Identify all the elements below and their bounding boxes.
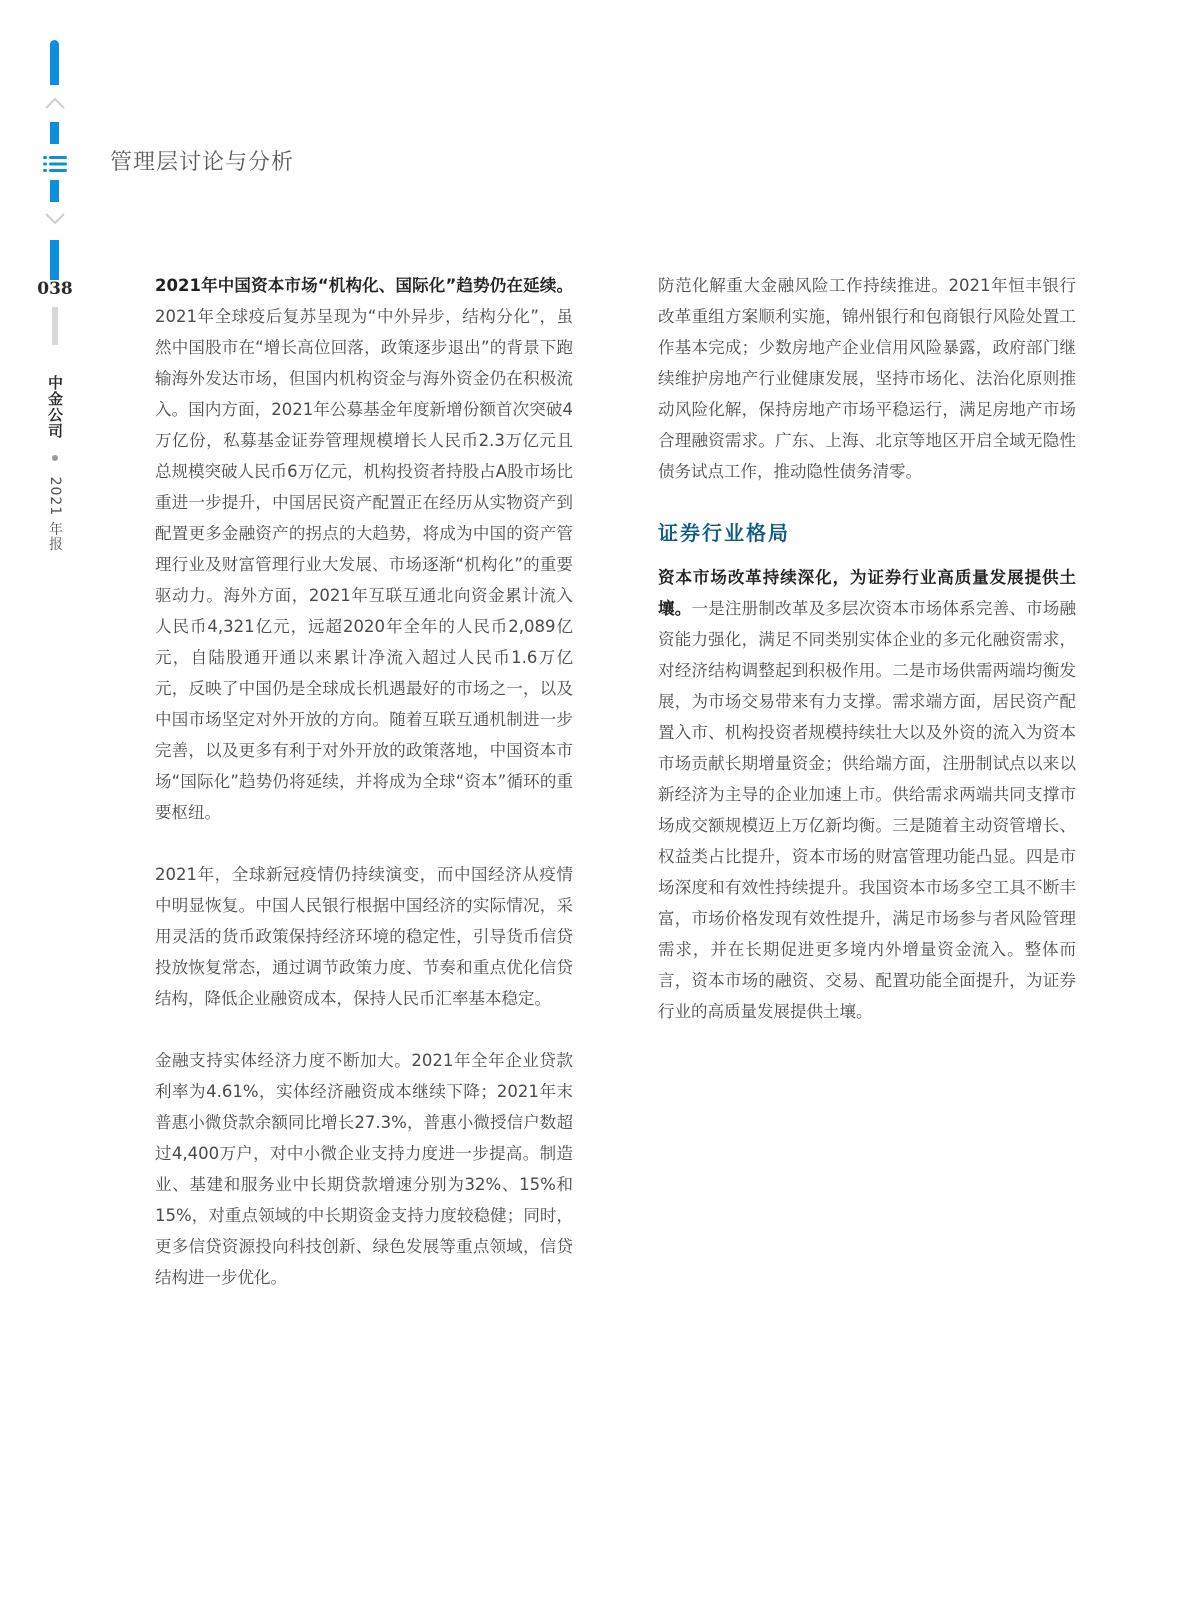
- paragraph: 防范化解重大金融风险工作持续推进。2021年恒丰银行改革重组方案顺利实施，锦州银…: [658, 270, 1076, 487]
- rail-bar-segment: [50, 40, 59, 85]
- separator-dot: [52, 455, 58, 461]
- section-title: 管理层讨论与分析: [110, 145, 294, 176]
- chevron-up-icon[interactable]: [44, 96, 66, 110]
- rail-bar-segment: [50, 240, 59, 280]
- page-number: 038: [30, 279, 80, 299]
- rail-bar-segment: [50, 122, 59, 144]
- paragraph: 资本市场改革持续深化，为证券行业高质量发展提供土壤。一是注册制改革及多层次资本市…: [658, 562, 1076, 1027]
- paragraph: 2021年，全球新冠疫情仍持续演变，而中国经济从疫情中明显恢复。中国人民银行根据…: [155, 859, 573, 1014]
- paragraph-body: 2021年全球疫后复苏呈现为“中外异步，结构分化”，虽然中国股市在“增长高位回落…: [155, 307, 573, 822]
- paragraph: 金融支持实体经济力度不断加大。2021年全年企业贷款利率为4.61%，实体经济融…: [155, 1045, 573, 1293]
- company-name: 中金公司: [46, 375, 64, 439]
- chevron-down-icon[interactable]: [44, 212, 66, 226]
- subsection-heading: 证券行业格局: [658, 518, 1076, 548]
- right-column: 防范化解重大金融风险工作持续推进。2021年恒丰银行改革重组方案顺利实施，锦州银…: [658, 270, 1076, 1058]
- report-year: 2021 年报: [47, 477, 63, 552]
- rail-divider: [52, 307, 58, 345]
- paragraph-lead: 2021年中国资本市场“机构化、国际化”趋势仍在延续。: [155, 276, 573, 295]
- page-navigation-rail: 038 中金公司 2021 年报: [0, 0, 110, 600]
- rail-bar-segment: [50, 180, 59, 202]
- paragraph-body: 一是注册制改革及多层次资本市场体系完善、市场融资能力强化，满足不同类别实体企业的…: [658, 599, 1076, 1021]
- list-icon[interactable]: [43, 153, 67, 175]
- paragraph: 2021年中国资本市场“机构化、国际化”趋势仍在延续。2021年全球疫后复苏呈现…: [155, 270, 573, 828]
- report-label: 中金公司 2021 年报: [44, 375, 66, 552]
- left-column: 2021年中国资本市场“机构化、国际化”趋势仍在延续。2021年全球疫后复苏呈现…: [155, 270, 573, 1324]
